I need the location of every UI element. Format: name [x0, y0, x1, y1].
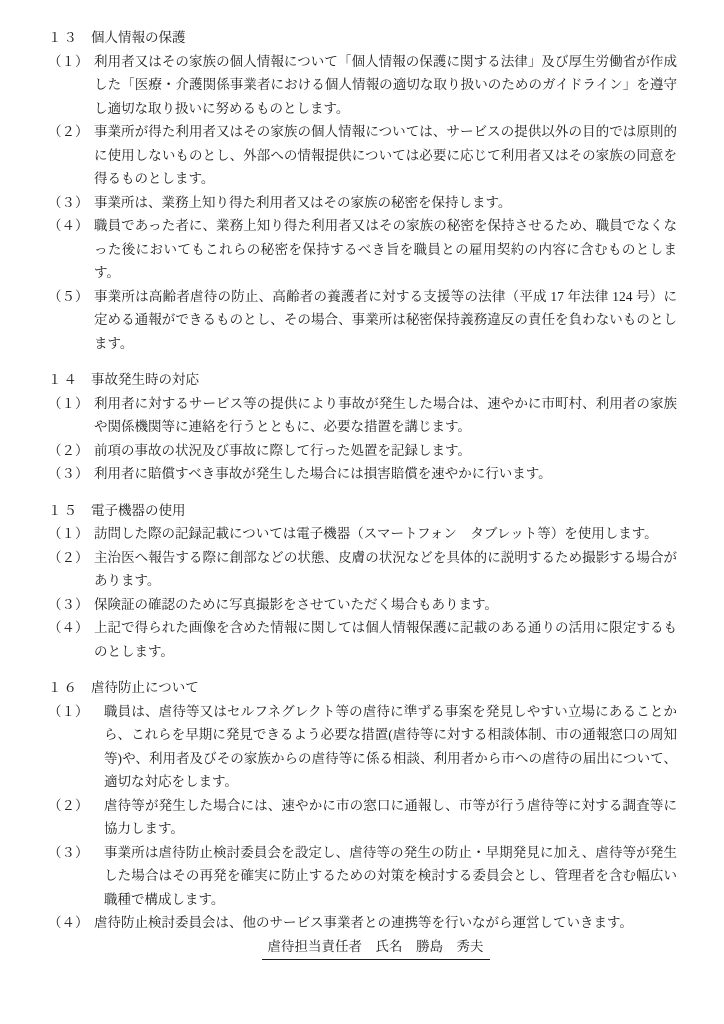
section-heading: １３個人情報の保護	[48, 26, 677, 50]
signature-line: 虐待担当責任者 氏名 勝島 秀夫	[48, 935, 677, 961]
section-title: 個人情報の保護	[91, 30, 186, 45]
clause-text: 上記で得られた画像を含めた情報に関しては個人情報保護に記載のある通りの活用に限定…	[94, 620, 677, 659]
section-13-personal-info: １３個人情報の保護 （１） 利用者又はその家族の個人情報について「個人情報の保護…	[48, 26, 677, 355]
clause-item: （３） 事業所は虐待防止検討委員会を設定し、虐待等の発生の防止・早期発見に加え、…	[48, 841, 677, 912]
clause-text: 利用者に賠償すべき事故が発生した場合には損害賠償を速やかに行います。	[94, 466, 552, 481]
clause-item: （５） 事業所は高齢者虐待の防止、高齢者の養護者に対する支援等の法律（平成 17…	[48, 285, 677, 356]
clause-item: （４） 虐待防止検討委員会は、他のサービス事業者との連携等を行いながら運営してい…	[48, 911, 677, 935]
section-number: １５	[48, 499, 79, 523]
clause-item: （１） 職員は、虐待等又はセルフネグレクト等の虐待に準ずる事案を発見しやすい立場…	[48, 700, 677, 794]
clause-text: 虐待防止検討委員会は、他のサービス事業者との連携等を行いながら運営していきます。	[94, 915, 633, 930]
clause-marker: （３）	[48, 593, 89, 617]
section-16-abuse-prevention: １６虐待防止について （１） 職員は、虐待等又はセルフネグレクト等の虐待に準ずる…	[48, 676, 677, 960]
clause-marker: （１）	[48, 522, 89, 546]
clause-marker: （１）	[48, 700, 89, 724]
clause-marker: （１）	[48, 392, 89, 416]
clause-item: （２） 虐待等が発生した場合には、速やかに市の窓口に通報し、市等が行う虐待等に対…	[48, 794, 677, 841]
clause-marker: （３）	[48, 462, 89, 486]
section-15-electronic-devices: １５電子機器の使用 （１） 訪問した際の記録記載については電子機器（スマートフォ…	[48, 499, 677, 664]
clause-text: 利用者又はその家族の個人情報について「個人情報の保護に関する法律」及び厚生労働省…	[94, 54, 677, 116]
clause-item: （２） 事業所が得た利用者又はその家族の個人情報については、サービスの提供以外の…	[48, 120, 677, 191]
clause-marker: （１）	[48, 50, 89, 74]
section-number: １４	[48, 368, 79, 392]
clause-text: 事業所は、業務上知り得た利用者又はその家族の秘密を保持します。	[94, 195, 511, 210]
clause-item: （４） 上記で得られた画像を含めた情報に関しては個人情報保護に記載のある通りの活…	[48, 616, 677, 663]
clause-item: （１） 訪問した際の記録記載については電子機器（スマートフォン タブレット等）を…	[48, 522, 677, 546]
clause-item: （３） 事業所は、業務上知り得た利用者又はその家族の秘密を保持します。	[48, 191, 677, 215]
section-number: １３	[48, 26, 79, 50]
document-page: １３個人情報の保護 （１） 利用者又はその家族の個人情報について「個人情報の保護…	[0, 0, 724, 1024]
clause-marker: （２）	[48, 439, 89, 463]
clause-marker: （３）	[48, 841, 89, 865]
clause-text: 事業所が得た利用者又はその家族の個人情報については、サービスの提供以外の目的では…	[94, 124, 677, 186]
clause-marker: （２）	[48, 120, 89, 144]
clause-item: （３） 保険証の確認のために写真撮影をさせていただく場合もあります。	[48, 593, 677, 617]
clause-text: 職員は、虐待等又はセルフネグレクト等の虐待に準ずる事案を発見しやすい立場にあるこ…	[104, 704, 677, 790]
clause-text: 前項の事故の状況及び事故に際して行った処置を記録します。	[94, 443, 471, 458]
clause-text: 事業所は高齢者虐待の防止、高齢者の養護者に対する支援等の法律（平成 17 年法律…	[94, 289, 677, 351]
clause-marker: （４）	[48, 616, 89, 640]
clause-item: （２） 前項の事故の状況及び事故に際して行った処置を記録します。	[48, 439, 677, 463]
clause-text: 保険証の確認のために写真撮影をさせていただく場合もあります。	[94, 597, 498, 612]
section-heading: １４事故発生時の対応	[48, 368, 677, 392]
clause-item: （４） 職員であった者に、業務上知り得た利用者又はその家族の秘密を保持させるため…	[48, 214, 677, 285]
section-title: 虐待防止について	[91, 680, 199, 695]
clause-marker: （３）	[48, 191, 89, 215]
clause-text: 虐待等が発生した場合には、速やかに市の窓口に通報し、市等が行う虐待等に対する調査…	[104, 798, 677, 837]
clause-item: （１） 利用者又はその家族の個人情報について「個人情報の保護に関する法律」及び厚…	[48, 50, 677, 121]
abuse-officer-signature: 虐待担当責任者 氏名 勝島 秀夫	[262, 935, 490, 961]
section-14-accident-response: １４事故発生時の対応 （１） 利用者に対するサービス等の提供により事故が発生した…	[48, 368, 677, 486]
clause-marker: （２）	[48, 546, 89, 570]
clause-item: （２） 主治医へ報告する際に創部などの状態、皮膚の状況などを具体的に説明するため…	[48, 546, 677, 593]
section-title: 電子機器の使用	[91, 503, 186, 518]
clause-item: （１） 利用者に対するサービス等の提供により事故が発生した場合は、速やかに市町村…	[48, 392, 677, 439]
clause-marker: （４）	[48, 214, 89, 238]
clause-item: （３） 利用者に賠償すべき事故が発生した場合には損害賠償を速やかに行います。	[48, 462, 677, 486]
clause-text: 主治医へ報告する際に創部などの状態、皮膚の状況などを具体的に説明するため撮影する…	[94, 550, 677, 589]
section-heading: １５電子機器の使用	[48, 499, 677, 523]
clause-text: 訪問した際の記録記載については電子機器（スマートフォン タブレット等）を使用しま…	[94, 526, 658, 541]
clause-marker: （２）	[48, 794, 89, 818]
clause-text: 事業所は虐待防止検討委員会を設定し、虐待等の発生の防止・早期発見に加え、虐待等が…	[104, 845, 677, 907]
clause-marker: （４）	[48, 911, 89, 935]
section-number: １６	[48, 676, 79, 700]
section-heading: １６虐待防止について	[48, 676, 677, 700]
clause-marker: （５）	[48, 285, 89, 309]
clause-text: 職員であった者に、業務上知り得た利用者又はその家族の秘密を保持させるため、職員で…	[94, 218, 677, 280]
section-title: 事故発生時の対応	[91, 372, 199, 387]
clause-text: 利用者に対するサービス等の提供により事故が発生した場合は、速やかに市町村、利用者…	[94, 396, 677, 435]
